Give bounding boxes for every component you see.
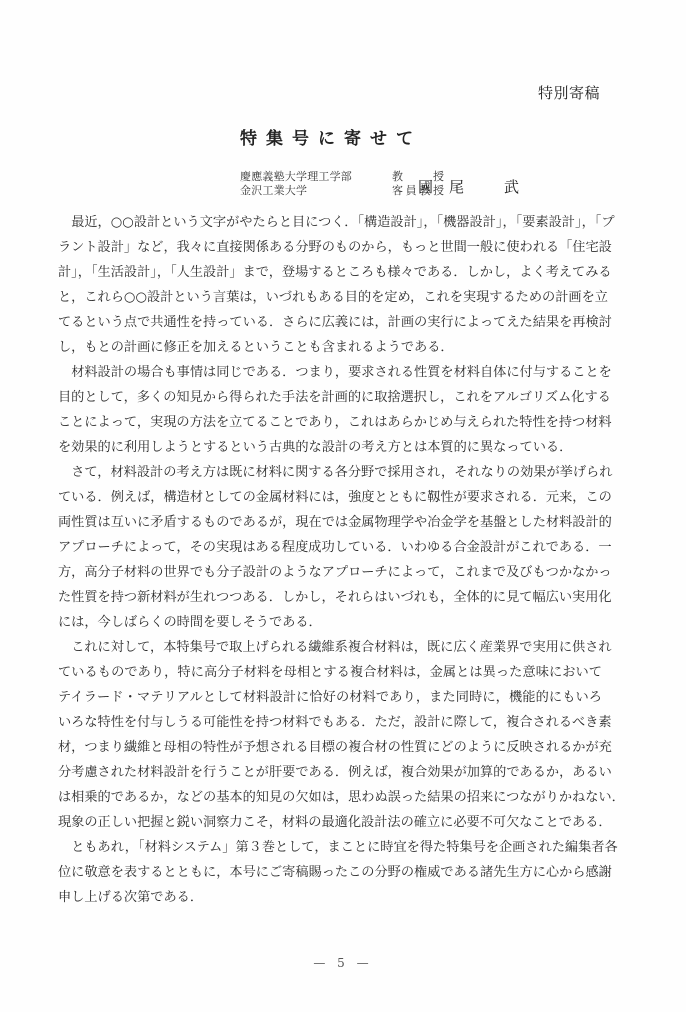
text-line: 現象の正しい把握と鋭い洞察力こそ，材料の最適化設計法の確立に必要不可欠なことであ… bbox=[58, 810, 602, 835]
text-line: 両性質は互いに矛盾するものであるが，現在では金属物理学や冶金学を基盤とした材料設… bbox=[58, 510, 602, 535]
text-line: ている．例えば，構造材としての金属材料には，強度とともに靱性が要求される．元来，… bbox=[58, 485, 602, 510]
author-block: 慶應義塾大学理工学部教授 金沢工業大学客員教授 國尾武 bbox=[240, 168, 560, 204]
text-line: た性質を持つ新材料が生れつつある．しかし，それらはいづれも，全体的に見て幅広い実… bbox=[58, 585, 602, 610]
text-line: 材，つまり繊維と母相の特性が予想される目標の複合材の性質にどのように反映されるか… bbox=[58, 735, 602, 760]
article-body: 最近，○○設計という文字がやたらと目につく．「構造設計」，「機器設計」，「要素設… bbox=[58, 210, 602, 910]
text-line: ともあれ，「材料システム」第３巻として，まことに時宜を得た特集号を企画された編集… bbox=[58, 835, 602, 860]
text-line: てるという点で共通性を持っている．さらに広義には，計画の実行によってえた結果を再… bbox=[58, 310, 602, 335]
text-line: いろな特性を付与しうる可能性を持つ材料でもある．ただ，設計に際して，複合されるべ… bbox=[58, 710, 602, 735]
text-line: ているものであり，特に高分子材料を母相とする複合材料は，金属とは異った意味におい… bbox=[58, 660, 602, 685]
section-label: 特別寄稿 bbox=[538, 82, 600, 103]
text-line: 分考慮された材料設計を行うことが肝要である．例えば，複合効果が加算的であるか，あ… bbox=[58, 760, 602, 785]
affiliation-organization: 金沢工業大学 bbox=[240, 182, 392, 198]
text-line: 申し上げる次第である． bbox=[58, 885, 602, 910]
document-page: 特別寄稿 特集号に寄せて 慶應義塾大学理工学部教授 金沢工業大学客員教授 國尾武… bbox=[0, 0, 686, 1012]
text-line: 材料設計の場合も事情は同じである．つまり，要求される性質を材料自体に付与すること… bbox=[58, 360, 602, 385]
text-line: には，今しばらくの時間を要しそうである． bbox=[58, 610, 602, 635]
article-title: 特集号に寄せて bbox=[240, 124, 422, 149]
text-line: 目的として，多くの知見から得られた手法を計画的に取捨選択し，これをアルゴリズム化… bbox=[58, 385, 602, 410]
paragraph: 最近，○○設計という文字がやたらと目につく．「構造設計」，「機器設計」，「要素設… bbox=[58, 210, 602, 360]
author-given-name: 武 bbox=[504, 178, 521, 196]
text-line: 最近，○○設計という文字がやたらと目につく．「構造設計」，「機器設計」，「要素設… bbox=[58, 210, 602, 235]
page-number: — 5 — bbox=[0, 956, 686, 970]
paragraph: 材料設計の場合も事情は同じである．つまり，要求される性質を材料自体に付与すること… bbox=[58, 360, 602, 460]
paragraph: さて，材料設計の考え方は既に材料に関する各分野で採用され，それなりの効果が挙げら… bbox=[58, 460, 602, 635]
paragraph: ともあれ，「材料システム」第３巻として，まことに時宜を得た特集号を企画された編集… bbox=[58, 835, 602, 910]
text-line: テイラード・マテリアルとして材料設計に恰好の材料であり，また同時に，機能的にもい… bbox=[58, 685, 602, 710]
text-line: これに対して，本特集号で取上げられる繊維系複合材料は，既に広く産業界で実用に供さ… bbox=[58, 635, 602, 660]
affiliation-row: 金沢工業大学客員教授 bbox=[240, 182, 444, 198]
paragraph: これに対して，本特集号で取上げられる繊維系複合材料は，既に広く産業界で実用に供さ… bbox=[58, 635, 602, 835]
text-line: ラント設計」など，我々に直接関係ある分野のものから，もっと世間一般に使われる「住… bbox=[58, 235, 602, 260]
text-line: 計」，「生活設計」，「人生設計」まで，登場するところも様々である．しかし，よく考… bbox=[58, 260, 602, 285]
text-line: と，これら○○設計という言葉は，いづれもある目的を定め，これを実現するための計画… bbox=[58, 285, 602, 310]
text-line: し，もとの計画に修正を加えるということも含まれるようである． bbox=[58, 335, 602, 360]
text-line: 位に敬意を表するとともに，本号にご寄稿賜ったこの分野の権威である諸先生方に心から… bbox=[58, 860, 602, 885]
author-family-name-char: 國 bbox=[418, 178, 435, 196]
text-line: アプローチによって，その実現はある程度成功している．いわゆる合金設計がこれである… bbox=[58, 535, 602, 560]
text-line: ことによって，実現の方法を立てることであり，これはあらかじめ与えられた特性を持つ… bbox=[58, 410, 602, 435]
text-line: 方，高分子材料の世界でも分子設計のようなアプローチによって，これまで及びもつかな… bbox=[58, 560, 602, 585]
text-line: さて，材料設計の考え方は既に材料に関する各分野で採用され，それなりの効果が挙げら… bbox=[58, 460, 602, 485]
text-line: を効果的に利用しようとするという古典的な設計の考え方とは本質的に異なっている． bbox=[58, 435, 602, 460]
author-family-name-char: 尾 bbox=[449, 178, 466, 196]
text-line: は相乗的であるか，などの基本的知見の欠如は，思わぬ誤った結果の招来につながりかね… bbox=[58, 785, 602, 810]
author-name: 國尾武 bbox=[418, 176, 521, 197]
